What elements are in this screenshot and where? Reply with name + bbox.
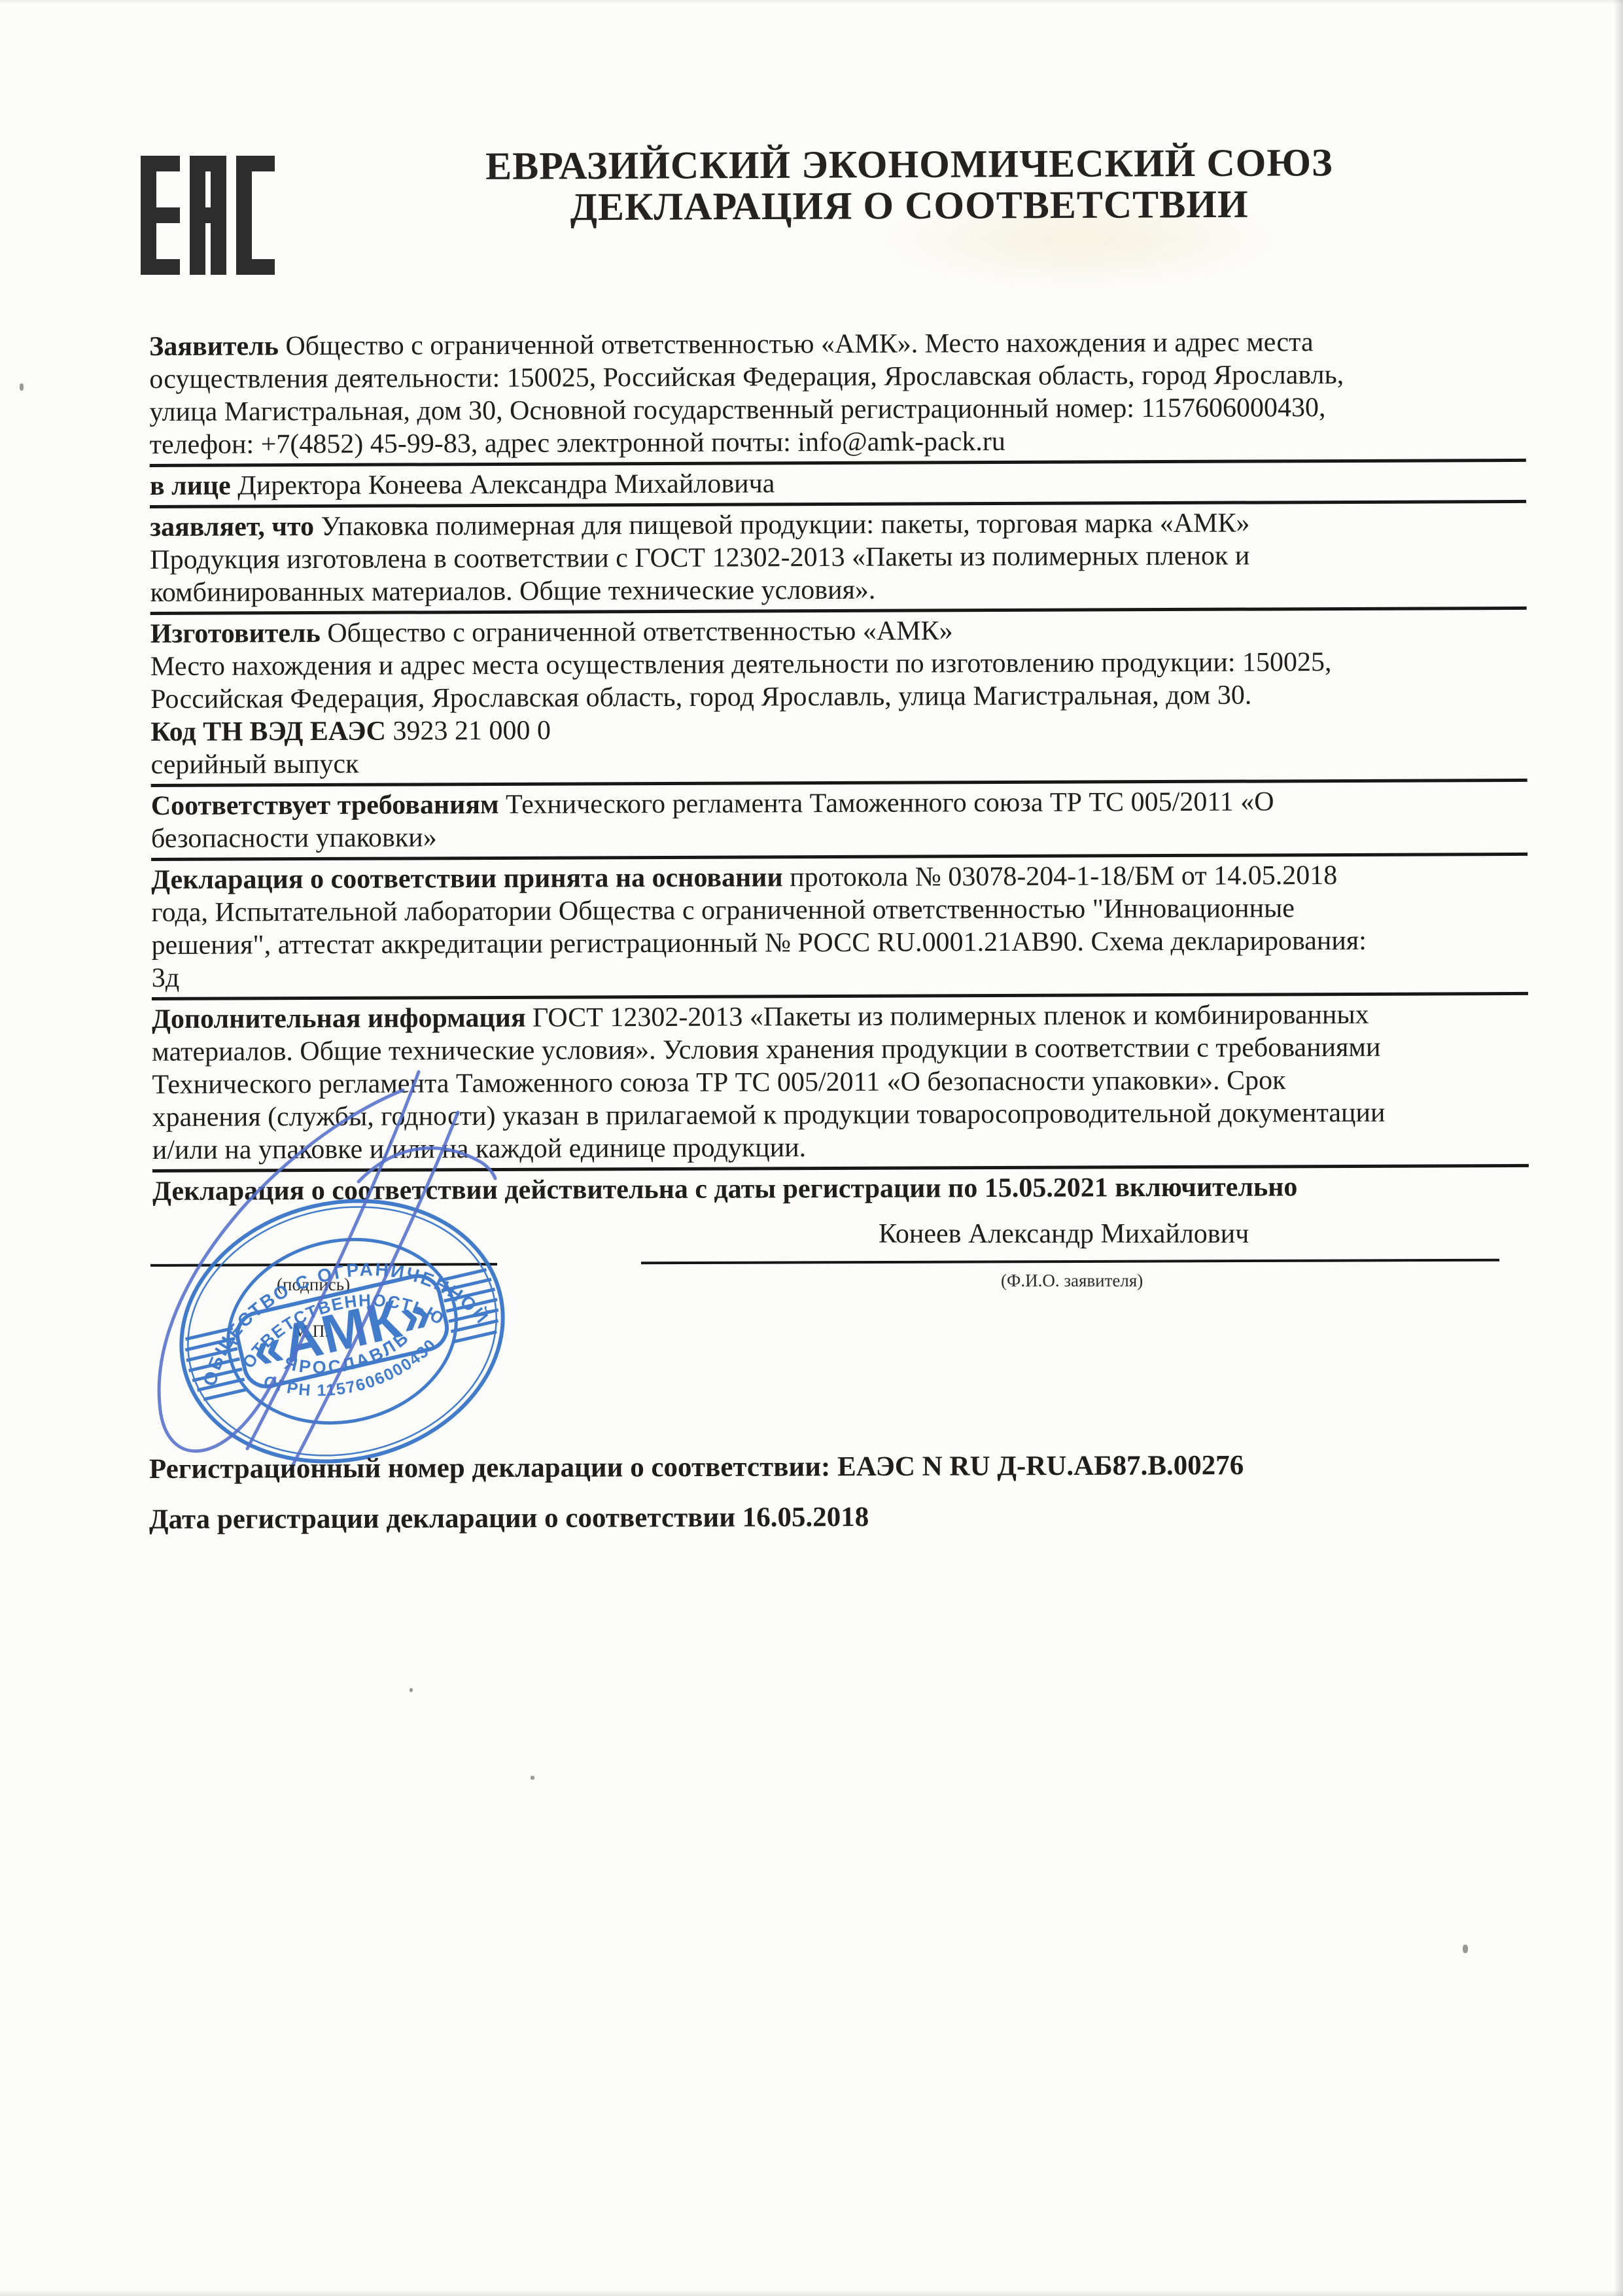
body-line: телефон: +7(4852) 45-99-83, адрес электр… <box>150 423 1531 461</box>
body-line: Декларация о соответствии принята на осн… <box>151 858 1533 896</box>
scan-speck <box>20 383 24 391</box>
body-line: Технического регламента Таможенного союз… <box>152 1063 1533 1101</box>
body-line-bold: Декларация о соответствии принята на осн… <box>151 862 783 895</box>
body-line-text: телефон: +7(4852) 45-99-83, адрес электр… <box>150 427 1005 460</box>
body-line: хранения (службы, годности) указан в при… <box>152 1096 1534 1134</box>
applicant-name-caption: (Ф.И.О. заявителя) <box>1001 1271 1143 1291</box>
body-line-text: Директора Конеева Александра Михайловича <box>231 468 775 501</box>
scan-edge-right <box>1614 0 1623 2296</box>
body-line: Код ТН ВЭД ЕАЭС 3923 21 000 0 <box>150 711 1532 749</box>
body-line: улица Магистральная, дом 30, Основной го… <box>149 391 1531 429</box>
body-line-text: Общество с ограниченной ответственностью… <box>321 616 953 648</box>
document-title: ЕВРАЗИЙСКИЙ ЭКОНОМИЧЕСКИЙ СОЮЗ ДЕКЛАРАЦИ… <box>451 142 1368 228</box>
body-line: комбинированных материалов. Общие технич… <box>150 571 1531 609</box>
body-line: года, Испытательной лаборатории Общества… <box>151 891 1533 929</box>
body-line-bold: в лице <box>150 471 231 501</box>
title-line-declaration: ДЕКЛАРАЦИЯ О СООТВЕТСТВИИ <box>451 183 1367 228</box>
title-line-union: ЕВРАЗИЙСКИЙ ЭКОНОМИЧЕСКИЙ СОЮЗ <box>451 142 1367 187</box>
declaration-document: ЕВРАЗИЙСКИЙ ЭКОНОМИЧЕСКИЙ СОЮЗ ДЕКЛАРАЦИ… <box>0 0 1623 2296</box>
body-line-text: решения", аттестат аккредитации регистра… <box>152 926 1367 961</box>
body-line-bold: Заявитель <box>149 331 279 362</box>
scan-speck <box>1463 1945 1468 1953</box>
body-line-text: Технического регламента Таможенного союз… <box>499 786 1274 820</box>
applicant-name: Конеев Александр Михайлович <box>879 1218 1249 1250</box>
body-line-text: года, Испытательной лаборатории Общества… <box>151 893 1295 928</box>
scan-speck <box>410 1688 413 1692</box>
body-line-text: материалов. Общие технические условия». … <box>152 1033 1380 1067</box>
body-line-text: хранения (службы, годности) указан в при… <box>152 1098 1386 1133</box>
body-line-text: Место нахождения и адрес места осуществл… <box>150 647 1332 682</box>
body-line-text: Упаковка полимерная для пищевой продукци… <box>314 508 1250 542</box>
body-line-bold: Изготовитель <box>150 618 321 649</box>
body-line: осуществления деятельности: 150025, Росс… <box>149 358 1531 396</box>
body-line-text: ГОСТ 12302-2013 «Пакеты из полимерных пл… <box>526 1000 1369 1033</box>
body-line: 3д <box>152 957 1533 995</box>
body-line: Дополнительная информация ГОСТ 12302-201… <box>152 998 1533 1036</box>
body-line-text: комбинированных материалов. Общие технич… <box>150 575 875 608</box>
body-line: решения", аттестат аккредитации регистра… <box>152 924 1533 962</box>
scan-edge-top <box>0 0 1623 4</box>
body-line-text: Технического регламента Таможенного союз… <box>152 1065 1285 1100</box>
body-line-text: Российская Федерация, Ярославская област… <box>150 680 1251 715</box>
body-line: безопасности упаковки» <box>151 817 1533 855</box>
body-line: Место нахождения и адрес места осуществл… <box>150 645 1532 683</box>
applicant-name-line <box>641 1259 1499 1265</box>
body-line-text: серийный выпуск <box>150 749 358 780</box>
body-line-text: 3923 21 000 0 <box>386 716 551 747</box>
body-line: заявляет, что Упаковка полимерная для пи… <box>150 506 1531 544</box>
body-line: Продукция изготовлена в соответствии с Г… <box>150 539 1531 576</box>
registration-date-line: Дата регистрации декларации о соответств… <box>149 1501 869 1536</box>
body-line-text: осуществления деятельности: 150025, Росс… <box>149 360 1344 395</box>
body-line-text: 3д <box>152 963 180 993</box>
eac-logo-icon <box>141 156 275 275</box>
scan-speck <box>531 1776 534 1780</box>
registration-number-line: Регистрационный номер декларации о соотв… <box>149 1449 1244 1485</box>
body-line: Соответствует требованиям Технического р… <box>151 785 1533 822</box>
body-line-text: Общество с ограниченной ответственностью… <box>279 327 1314 361</box>
declaration-body: Заявитель Общество с ограниченной ответс… <box>149 325 1534 1208</box>
body-line: Заявитель Общество с ограниченной ответс… <box>149 325 1531 363</box>
body-line-bold: Дополнительная информация <box>152 1003 526 1034</box>
body-line-text: протокола № 03078-204-1-18/БМ от 14.05.2… <box>783 860 1338 892</box>
body-line: серийный выпуск <box>150 743 1532 781</box>
body-line: Изготовитель Общество с ограниченной отв… <box>150 612 1532 650</box>
body-line: и/или на упаковке и/или на каждой единиц… <box>152 1129 1534 1167</box>
body-line-bold: Соответствует требованиям <box>151 790 499 821</box>
body-line: Российская Федерация, Ярославская област… <box>150 678 1532 716</box>
body-line-text: улица Магистральная, дом 30, Основной го… <box>149 393 1325 427</box>
body-line: материалов. Общие технические условия». … <box>152 1031 1533 1069</box>
scan-edge-bottom <box>0 2289 1623 2296</box>
body-line-text: безопасности упаковки» <box>151 822 437 854</box>
body-line: в лице Директора Конеева Александра Миха… <box>150 465 1531 503</box>
body-line-bold: заявляет, что <box>150 512 314 542</box>
body-line-bold: Код ТН ВЭД ЕАЭС <box>150 716 386 747</box>
body-line-text: Продукция изготовлена в соответствии с Г… <box>150 541 1249 575</box>
